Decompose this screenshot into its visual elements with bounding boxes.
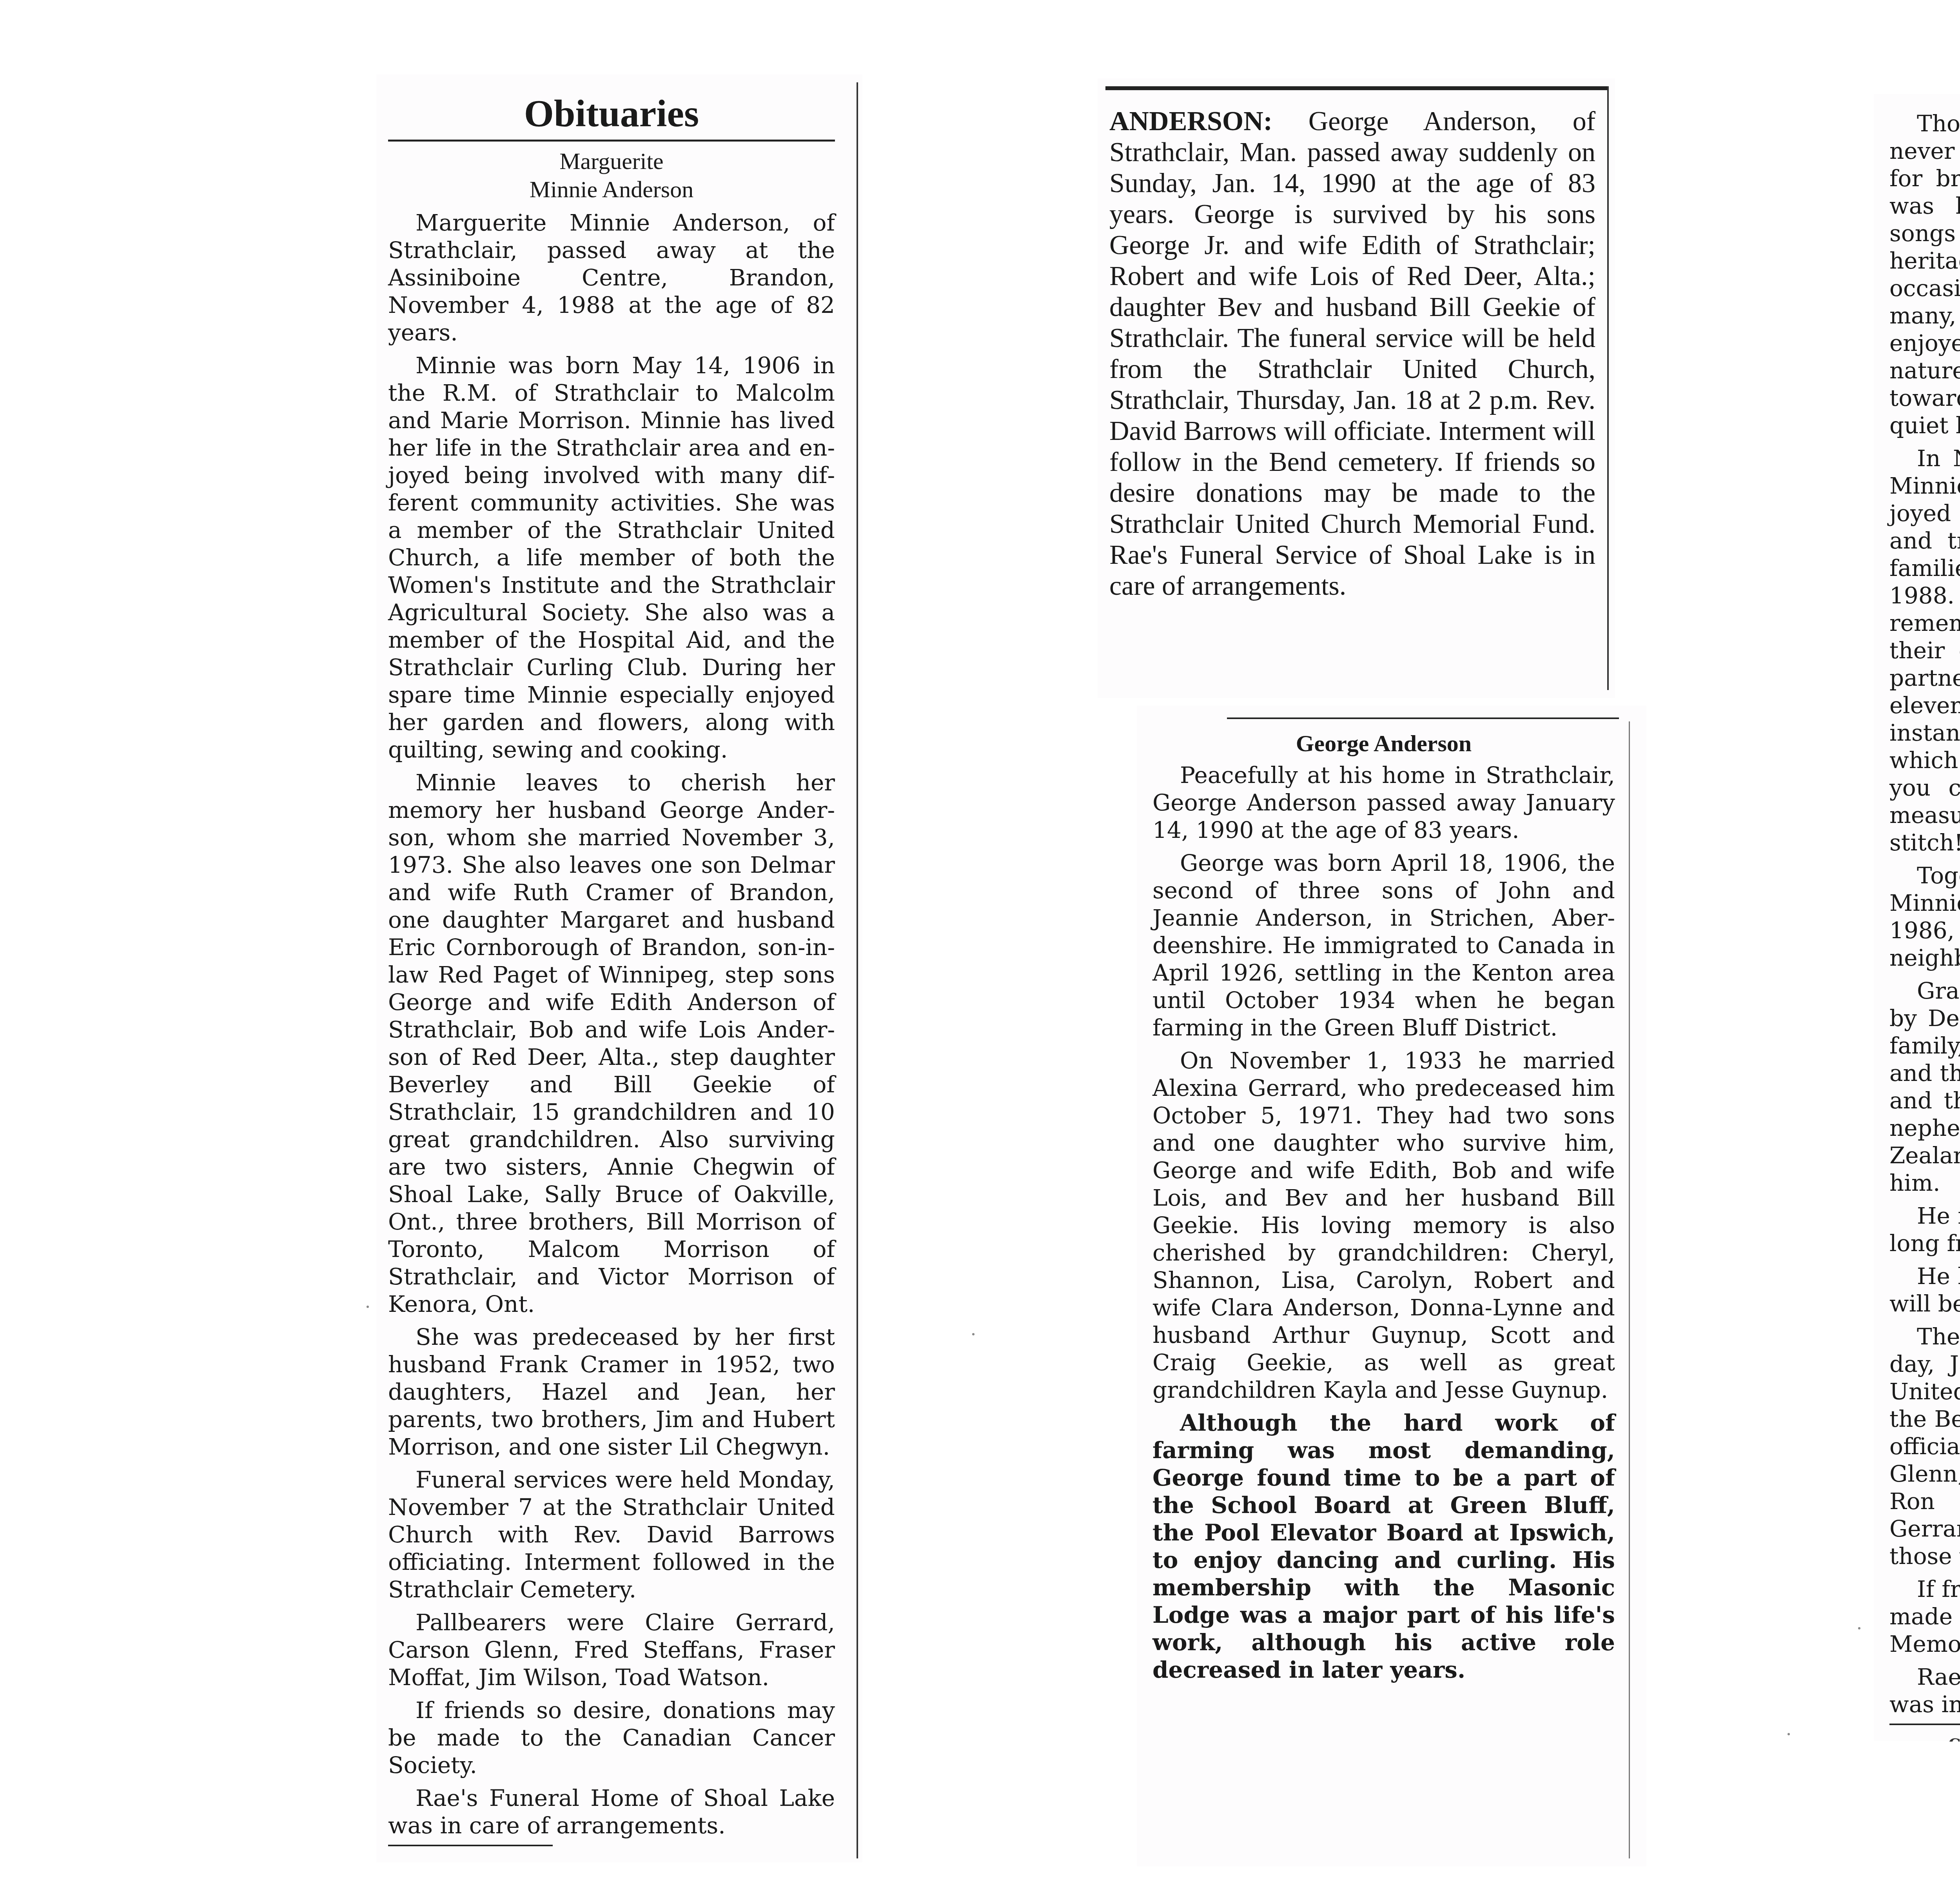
paragraph: Minnie leaves to cherish her memory her … (388, 769, 835, 1318)
masthead-rule (388, 140, 835, 142)
paragraph: Rae's Funeral Service of Shoal Lake was … (1889, 1663, 1960, 1718)
paragraph: Rae's Funeral Home of Shoal Lake was in … (388, 1784, 835, 1839)
paragraph: She was predeceased by her first husband… (388, 1323, 835, 1460)
paragraph: Pallbearers were Claire Gerrard, Carson … (388, 1609, 835, 1691)
obituary-column-3: Thoughts of his homeland were never lost… (1889, 110, 1960, 1742)
paragraph: Marguerite Minnie Anderson, of Strathcla… (388, 209, 835, 346)
clipping-george-anderson-part1: George Anderson Peacefully at his home i… (1137, 706, 1646, 1866)
obituary-column-2: George Anderson Peacefully at his home i… (1152, 729, 1615, 1689)
clipping-right-border (857, 82, 858, 1858)
paragraph: If friends so desire, donations may be m… (1889, 1575, 1960, 1658)
clipping-george-anderson-part2: Thoughts of his homeland were never lost… (1874, 94, 1960, 1741)
paragraph: In November 1973, George married Minnie … (1889, 445, 1960, 856)
obituary-column-1: Obituaries Marguerite Minnie Anderson Ma… (388, 90, 835, 1846)
section-title: Obituaries (388, 90, 835, 137)
notice-right-border (1607, 86, 1609, 690)
paragraph: On November 1, 1933 he married Alexina G… (1152, 1047, 1615, 1404)
obituary-heading-line2: Minnie Anderson (388, 175, 835, 203)
paragraph: Although the hard work of farming was mo… (1152, 1409, 1615, 1684)
paragraph: Together they shared the loss of Minnie'… (1889, 862, 1960, 972)
obituary-heading: George Anderson (1152, 729, 1615, 757)
paragraph: He is also survived by his special life-… (1889, 1202, 1960, 1257)
paragraph: If friends so desire, donations may be m… (388, 1696, 835, 1779)
paragraph: Peacefully at his home in Strathclair, G… (1152, 761, 1615, 844)
next-section-fragment: CARDS OF (1948, 1733, 1960, 1742)
paragraph: The funeral service was held Thurs­day, … (1889, 1323, 1960, 1570)
notice-top-rule (1105, 86, 1607, 90)
end-rule (388, 1845, 553, 1846)
paragraph: George was born April 18, 1906, the seco… (1152, 849, 1615, 1041)
notice-lead-surname: ANDERSON: (1109, 106, 1272, 136)
notice-body: George Anderson, of Strathclair, Man. pa… (1109, 106, 1595, 601)
end-rule (1889, 1724, 1960, 1725)
obituary-heading-line1: Marguerite (388, 147, 835, 175)
paragraph: Minnie was born May 14, 1906 in the R.M.… (388, 352, 835, 763)
scan-speck (1788, 1733, 1790, 1735)
paragraph: Thoughts of his homeland were never lost… (1889, 110, 1960, 439)
clipping-death-notice: ANDERSON: George Anderson, of Strathclai… (1098, 78, 1615, 698)
scan-speck (1858, 1627, 1860, 1629)
paragraph: Funeral services were held Mon­day, Nove… (388, 1466, 835, 1603)
heading-top-rule (1227, 717, 1619, 719)
paragraph: Grandpa's memory will be cherish­ed by D… (1889, 977, 1960, 1197)
paragraph: He has touched the lives of many and wil… (1889, 1262, 1960, 1317)
scan-speck (972, 1333, 975, 1335)
death-notice-text: ANDERSON: George Anderson, of Strathclai… (1109, 106, 1595, 601)
clipping-marguerite-anderson: Obituaries Marguerite Minnie Anderson Ma… (376, 74, 862, 1862)
scan-speck (367, 1306, 369, 1308)
clipping-right-border (1629, 721, 1630, 1858)
